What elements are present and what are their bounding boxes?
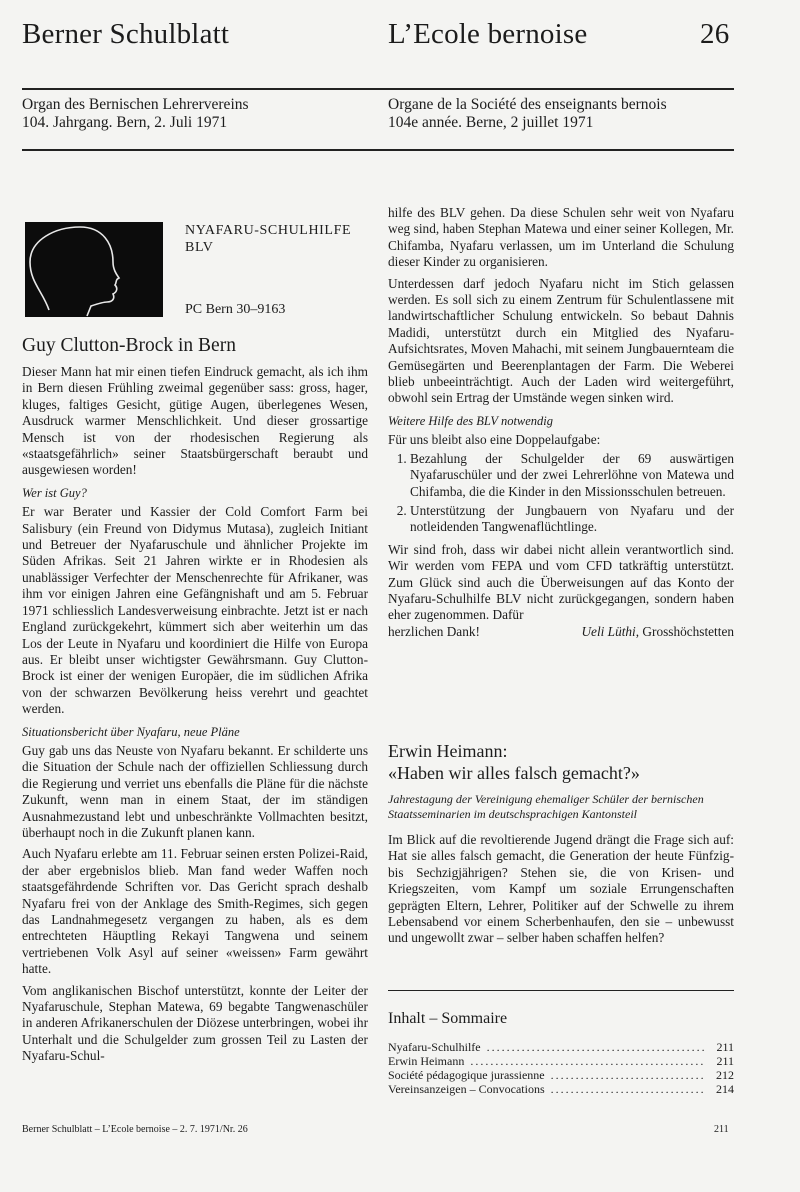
page-number: 211 bbox=[714, 1124, 729, 1135]
toc-entry-label: Vereinsanzeigen – Convocations bbox=[388, 1082, 545, 1096]
list-item: Unterstützung der Jungbauern von Nyafaru… bbox=[410, 503, 734, 536]
postal-account: PC Bern 30–9163 bbox=[185, 302, 285, 318]
paragraph: Guy gab uns das Neuste von Nyafaru bekan… bbox=[22, 743, 368, 841]
leader-dots bbox=[487, 1040, 706, 1054]
masthead-rule-bottom bbox=[22, 149, 734, 151]
article2-title: Erwin Heimann: «Haben wir alles falsch g… bbox=[388, 740, 640, 784]
masthead-rule-top bbox=[22, 88, 734, 90]
table-of-contents: Nyafaru-Schulhilfe211 Erwin Heimann211 S… bbox=[388, 1040, 734, 1096]
signature-line: herzlichen Dank! Ueli Lüthi, Grosshöchst… bbox=[388, 624, 734, 640]
toc-entry[interactable]: Nyafaru-Schulhilfe211 bbox=[388, 1040, 734, 1054]
paragraph: Auch Nyafaru erlebte am 11. Februar sein… bbox=[22, 846, 368, 977]
paragraph: hilfe des BLV gehen. Da diese Schulen se… bbox=[388, 205, 734, 271]
toc-rule bbox=[388, 990, 734, 991]
leader-dots bbox=[551, 1082, 706, 1096]
article2-title-line-1: Erwin Heimann: bbox=[388, 740, 640, 762]
masthead-subtitle-de: Organ des Bernischen Lehrervereins 104. … bbox=[22, 96, 249, 132]
section-heading: Wer ist Guy? bbox=[22, 485, 368, 501]
help-list: Bezahlung der Schulgelder der 69 auswärt… bbox=[388, 451, 734, 536]
org-line-2: BLV bbox=[185, 239, 351, 256]
toc-entry[interactable]: Erwin Heimann211 bbox=[388, 1054, 734, 1068]
paragraph: Er war Berater und Kassier der Cold Comf… bbox=[22, 504, 368, 717]
subtitle-de-line-2: 104. Jahrgang. Bern, 2. Juli 1971 bbox=[22, 114, 249, 132]
closing-thanks: herzlichen Dank! bbox=[388, 624, 480, 640]
child-head-profile-icon bbox=[25, 222, 163, 317]
article2-subtitle: Jahrestagung der Vereinigung ehemaliger … bbox=[388, 792, 736, 822]
toc-entry-label: Nyafaru-Schulhilfe bbox=[388, 1040, 481, 1054]
toc-title: Inhalt – Sommaire bbox=[388, 1010, 507, 1028]
section-heading: Situationsbericht über Nyafaru, neue Plä… bbox=[22, 724, 368, 740]
paragraph: Unterdessen darf jedoch Nyafaru nicht im… bbox=[388, 276, 734, 407]
toc-entry-page: 211 bbox=[712, 1040, 734, 1054]
leader-dots bbox=[470, 1054, 706, 1068]
article2-body: Im Blick auf die revoltierende Jugend dr… bbox=[388, 832, 734, 947]
leader-dots bbox=[551, 1068, 706, 1082]
masthead-subtitle-fr: Organe de la Société des enseignants ber… bbox=[388, 96, 667, 132]
article1-intro: Dieser Mann hat mir einen tiefen Eindruc… bbox=[22, 364, 368, 479]
masthead-title-fr: L’Ecole bernoise bbox=[388, 18, 587, 51]
toc-entry-page: 214 bbox=[712, 1082, 734, 1096]
author-name: Ueli Lüthi bbox=[581, 624, 635, 639]
help-lead: Für uns bleibt also eine Doppelaufgabe: bbox=[388, 432, 734, 448]
issue-number: 26 bbox=[700, 18, 729, 51]
toc-entry[interactable]: Vereinsanzeigen – Convocations214 bbox=[388, 1082, 734, 1096]
article1-title: Guy Clutton-Brock in Bern bbox=[22, 335, 236, 357]
subtitle-de-line-1: Organ des Bernischen Lehrervereins bbox=[22, 96, 249, 114]
section-heading: Weitere Hilfe des BLV notwendig bbox=[388, 413, 734, 429]
closing-paragraph: Wir sind froh, dass wir dabei nicht alle… bbox=[388, 542, 734, 624]
right-column: hilfe des BLV gehen. Da diese Schulen se… bbox=[388, 205, 734, 640]
toc-entry-label: Société pédagogique jurassienne bbox=[388, 1068, 545, 1082]
toc-entry-page: 212 bbox=[712, 1068, 734, 1082]
org-name: NYAFARU-SCHULHILFE BLV bbox=[185, 222, 351, 256]
masthead-title-de: Berner Schulblatt bbox=[22, 18, 229, 51]
footer-citation: Berner Schulblatt – L’Ecole bernoise – 2… bbox=[22, 1124, 248, 1135]
subtitle-fr-line-2: 104e année. Berne, 2 juillet 1971 bbox=[388, 114, 667, 132]
toc-entry-page: 211 bbox=[712, 1054, 734, 1068]
toc-entry-label: Erwin Heimann bbox=[388, 1054, 464, 1068]
list-item: Bezahlung der Schulgelder der 69 auswärt… bbox=[410, 451, 734, 500]
toc-entry[interactable]: Société pédagogique jurassienne212 bbox=[388, 1068, 734, 1082]
subtitle-fr-line-1: Organe de la Société des enseignants ber… bbox=[388, 96, 667, 114]
author-signature: Ueli Lüthi, Grosshöchstetten bbox=[581, 624, 734, 640]
paragraph: Vom anglikanischen Bischof unterstützt, … bbox=[22, 983, 368, 1065]
author-place: , Grosshöchstetten bbox=[636, 624, 734, 639]
left-column: Dieser Mann hat mir einen tiefen Eindruc… bbox=[22, 364, 368, 1070]
org-line-1: NYAFARU-SCHULHILFE bbox=[185, 222, 351, 239]
article2-title-line-2: «Haben wir alles falsch gemacht?» bbox=[388, 762, 640, 784]
